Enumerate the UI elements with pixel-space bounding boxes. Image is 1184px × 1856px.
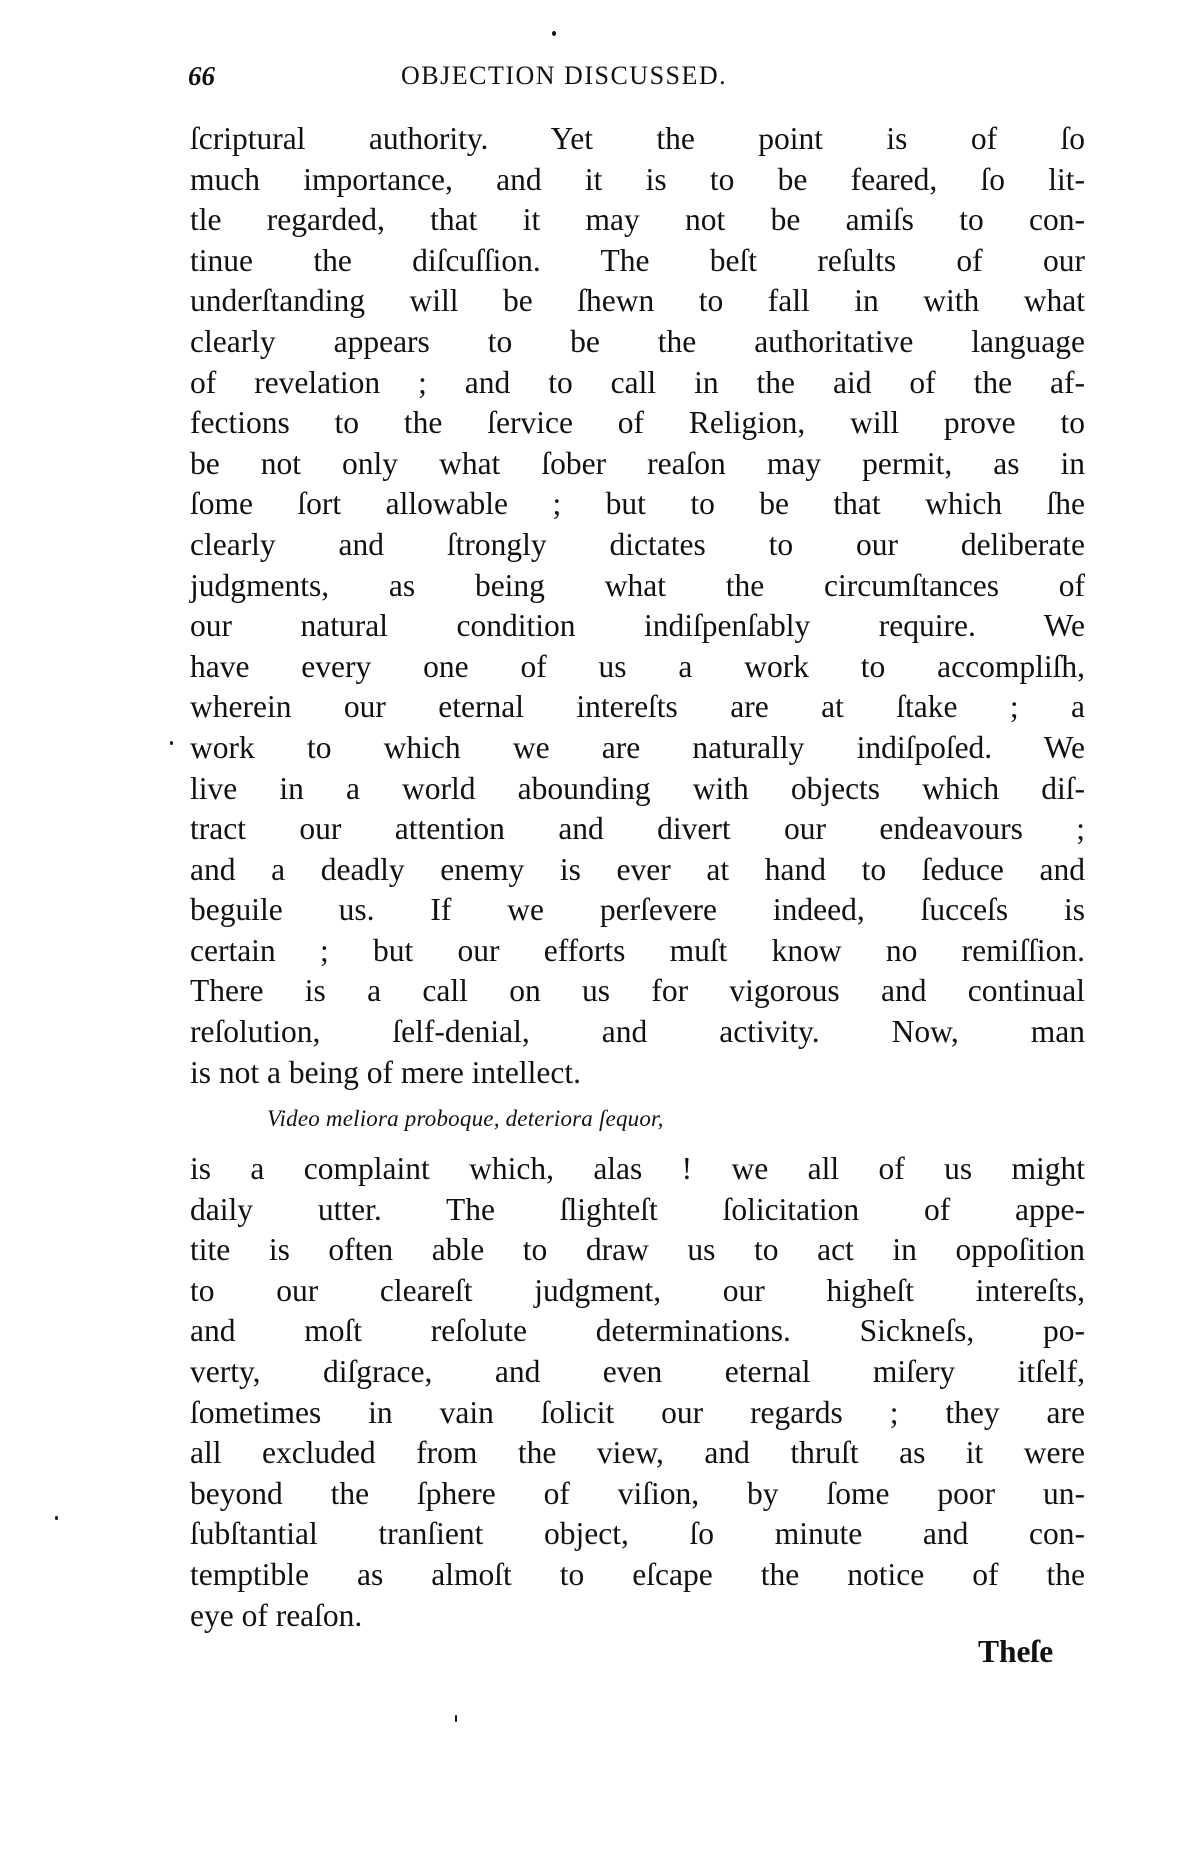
text-line: all excluded from the view, and thruſt a…: [190, 1433, 1085, 1474]
paragraph-1: ſcriptural authority. Yet the point is o…: [190, 119, 1085, 1093]
text-line: ſcriptural authority. Yet the point is o…: [190, 119, 1085, 160]
text-line: wherein our eternal intereſts are at ſta…: [190, 687, 1085, 728]
text-line: There is a call on us for vigorous and c…: [190, 971, 1085, 1012]
text-line: clearly appears to be the authoritative …: [190, 322, 1085, 363]
text-line: clearly and ſtrongly dictates to our del…: [190, 525, 1085, 566]
text-line: is not a being of mere intellect.: [190, 1053, 1085, 1094]
text-line: temptible as almoſt to eſcape the notice…: [190, 1555, 1085, 1596]
text-line: and moſt reſolute determinations. Sickne…: [190, 1311, 1085, 1352]
scan-speck-top: [552, 31, 556, 36]
text-line: certain ; but our efforts muſt know no r…: [190, 931, 1085, 972]
text-line: ſometimes in vain ſolicit our regards ; …: [190, 1393, 1085, 1434]
text-line: ſubſtantial tranſient object, ſo minute …: [190, 1514, 1085, 1555]
text-line: to our cleareſt judgment, our higheſt in…: [190, 1271, 1085, 1312]
text-line: underſtanding will be ſhewn to fall in w…: [190, 281, 1085, 322]
text-line: beyond the ſphere of viſion, by ſome poo…: [190, 1474, 1085, 1515]
text-line: judgments, as being what the circumſtanc…: [190, 566, 1085, 607]
text-line: beguile us. If we perſevere indeed, ſucc…: [190, 890, 1085, 931]
text-line: be not only what ſober reaſon may permit…: [190, 444, 1085, 485]
text-line: much importance, and it is to be feared,…: [190, 160, 1085, 201]
text-line: verty, diſgrace, and even eternal miſery…: [190, 1352, 1085, 1393]
text-line: tite is often able to draw us to act in …: [190, 1230, 1085, 1271]
text-line: eye of reaſon.: [190, 1596, 1085, 1637]
text-line: fections to the ſervice of Religion, wil…: [190, 403, 1085, 444]
scan-speck-margin: [170, 741, 173, 745]
text-line: have every one of us a work to accompliſ…: [190, 647, 1085, 688]
text-line: of revelation ; and to call in the aid o…: [190, 363, 1085, 404]
text-line: daily utter. The ſlighteſt ſolicitation …: [190, 1190, 1085, 1231]
text-line: and a deadly enemy is ever at hand to ſe…: [190, 850, 1085, 891]
paragraph-2: is a complaint which, alas ! we all of u…: [190, 1149, 1085, 1636]
running-title: OBJECTION DISCUSSED.: [401, 58, 727, 94]
running-head: 66 OBJECTION DISCUSSED.: [188, 58, 1088, 94]
latin-quotation: Video meliora proboque, deteriora ſequor…: [267, 1099, 664, 1139]
text-line: work to which we are naturally indiſpoſe…: [190, 728, 1085, 769]
page-number: 66: [188, 58, 215, 94]
catchword: Theſe: [978, 1632, 1053, 1672]
text-line: is a complaint which, alas ! we all of u…: [190, 1149, 1085, 1190]
text-line: live in a world abounding with objects w…: [190, 769, 1085, 810]
text-line: tract our attention and divert our endea…: [190, 809, 1085, 850]
text-line: our natural condition indiſpenſably requ…: [190, 606, 1085, 647]
text-line: tle regarded, that it may not be amiſs t…: [190, 200, 1085, 241]
scan-speck-left: [55, 1516, 58, 1520]
book-page: 66 OBJECTION DISCUSSED. ſcriptural autho…: [0, 0, 1184, 1856]
text-line: ſome ſort allowable ; but to be that whi…: [190, 484, 1085, 525]
text-line: tinue the diſcuſſion. The beſt reſults o…: [190, 241, 1085, 282]
scan-speck-bottom: [455, 1715, 457, 1722]
text-line: reſolution, ſelf-denial, and activity. N…: [190, 1012, 1085, 1053]
